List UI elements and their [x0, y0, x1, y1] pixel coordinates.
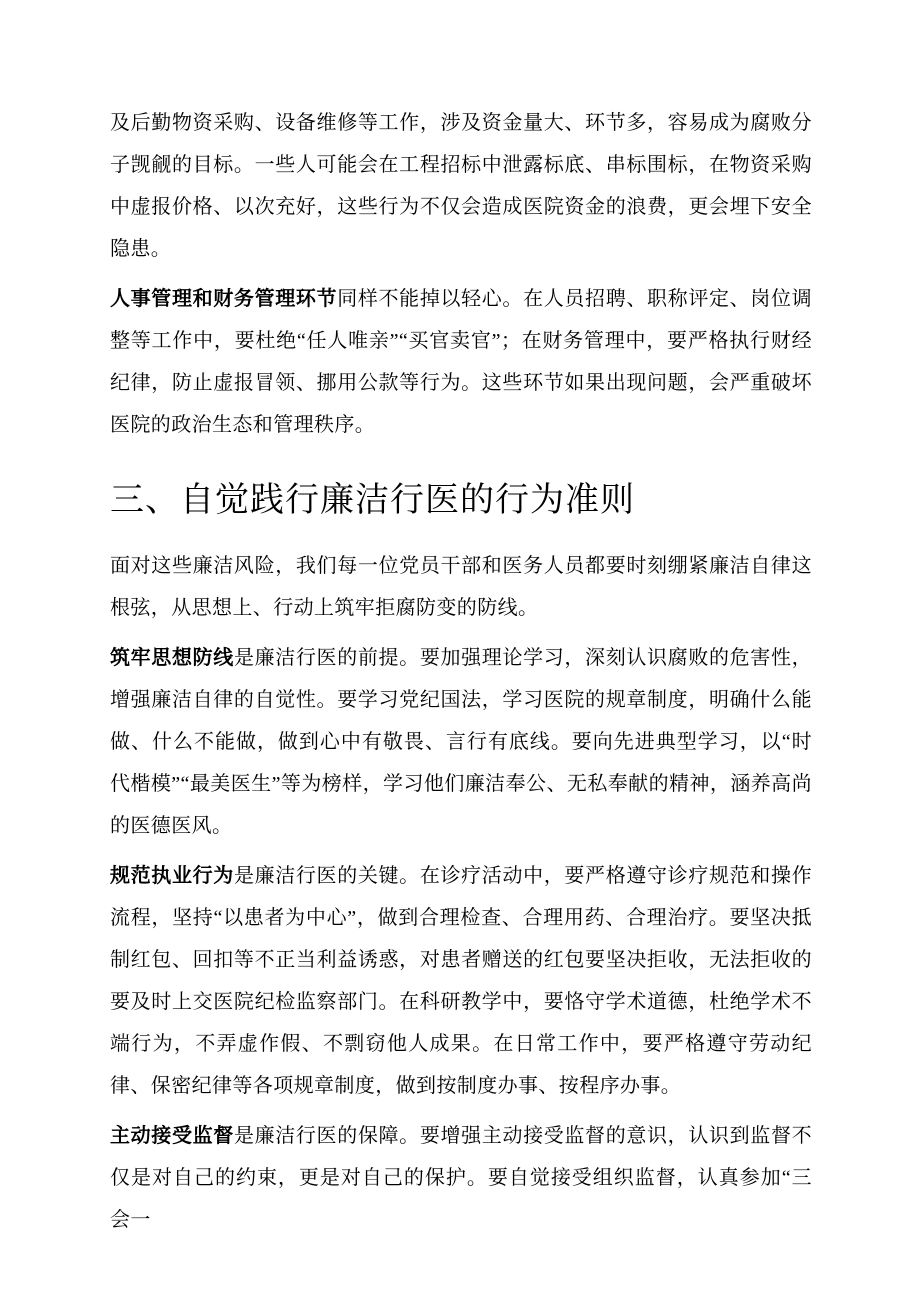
paragraph-text: 同样不能掉以轻心。在人员招聘、职称评定、岗位调整等工作中，要杜绝“任人唯亲”“买… — [110, 288, 812, 436]
paragraph-text: 及后勤物资采购、设备维修等工作，涉及资金量大、环节多，容易成为腐败分子觊觎的目标… — [110, 112, 812, 260]
paragraph-text: 面对这些廉洁风险，我们每一位党员干部和医务人员都要时刻绷紧廉洁自律这根弦，从思想… — [110, 555, 812, 619]
paragraph-text: 是廉洁行医的前提。要加强理论学习，深刻认识腐败的危害性，增强廉洁自律的自觉性。要… — [110, 647, 812, 837]
paragraph-accept-supervision: 主动接受监督是廉洁行医的保障。要增强主动接受监督的意识，认识到监督不仅是对自己的… — [110, 1115, 812, 1241]
paragraph-hr-finance: 人事管理和财务管理环节同样不能掉以轻心。在人员招聘、职称评定、岗位调整等工作中，… — [110, 278, 812, 446]
paragraph-bold-lead: 主动接受监督 — [110, 1125, 234, 1147]
paragraph-ideological-defense: 筑牢思想防线是廉洁行医的前提。要加强理论学习，深刻认识腐败的危害性，增强廉洁自律… — [110, 637, 812, 847]
paragraph-text: 是廉洁行医的关键。在诊疗活动中，要严格遵守诊疗规范和操作流程，坚持“以患者为中心… — [110, 865, 812, 1097]
paragraph-practice-norms: 规范执业行为是廉洁行医的关键。在诊疗活动中，要严格遵守诊疗规范和操作流程，坚持“… — [110, 855, 812, 1107]
paragraph-procurement-risk: 及后勤物资采购、设备维修等工作，涉及资金量大、环节多，容易成为腐败分子觊觎的目标… — [110, 102, 812, 270]
document-page: 及后勤物资采购、设备维修等工作，涉及资金量大、环节多，容易成为腐败分子觊觎的目标… — [0, 0, 920, 1301]
paragraph-bold-lead: 人事管理和财务管理环节 — [110, 288, 337, 310]
paragraph-bold-lead: 筑牢思想防线 — [110, 647, 234, 669]
section-heading: 三、自觉践行廉洁行医的行为准则 — [110, 476, 812, 526]
paragraph-intro: 面对这些廉洁风险，我们每一位党员干部和医务人员都要时刻绷紧廉洁自律这根弦，从思想… — [110, 545, 812, 629]
paragraph-bold-lead: 规范执业行为 — [110, 865, 234, 887]
